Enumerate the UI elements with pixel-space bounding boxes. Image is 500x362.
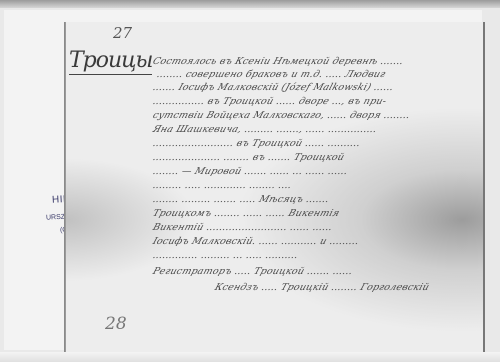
entry-line: ......................... въ Троицкой ..… xyxy=(151,138,362,149)
entry-line: Викентiй ......................... .....… xyxy=(151,222,334,233)
scan-bottom-edge xyxy=(0,352,500,362)
entry-line: ........ совершено браковъ и т.д. ..... … xyxy=(155,69,387,80)
margin-rule xyxy=(65,22,66,352)
parish-title: Троицы xyxy=(69,48,152,75)
entry-line: Регистраторъ ..... Троицкой ....... ....… xyxy=(151,266,354,277)
entry-line: ................ въ Троицкой ...... двор… xyxy=(151,96,388,107)
entry-line: Іосифъ Малковскiй. ...... ........... и … xyxy=(151,236,360,247)
entry-line-signature: Ксендзъ ..... Троицкiй ........ Горголев… xyxy=(213,282,430,293)
entry-line: Троицкомъ ........ ...... ...... Викентi… xyxy=(151,208,341,219)
entry-line: ........ — Мировой ....... ...... ... ..… xyxy=(151,166,349,177)
scanned-sheet: HINCENTYJA URSZA (ORWŁÓW). 27 Троицы Сос… xyxy=(4,10,482,350)
entry-line: сутствiи Войцеха Малковскаго, ...... дво… xyxy=(151,110,411,121)
entry-line: ....... Іосифъ Малковскiй (Józef Malkows… xyxy=(151,82,395,93)
register-page: 27 Троицы Состоялось въ Ксенiи Нѣмецкой … xyxy=(64,22,485,352)
entry-line: ........ ......... ....... ..... Мѣсяцъ … xyxy=(151,194,330,205)
entry-line: ......... ..... ............. ........ .… xyxy=(151,180,293,191)
entry-line: Яна Шашкевича, ......... ......., ......… xyxy=(151,124,378,135)
entry-line: .............. ......... ... ..... .....… xyxy=(151,250,299,261)
page-number-bottom: 28 xyxy=(105,314,127,334)
scan-top-edge xyxy=(0,0,500,8)
entry-line: ..................... ........ въ ......… xyxy=(151,152,346,163)
entry-line: Состоялось въ Ксенiи Нѣмецкой деревнѣ ..… xyxy=(151,56,405,67)
page-number-top: 27 xyxy=(113,24,132,42)
